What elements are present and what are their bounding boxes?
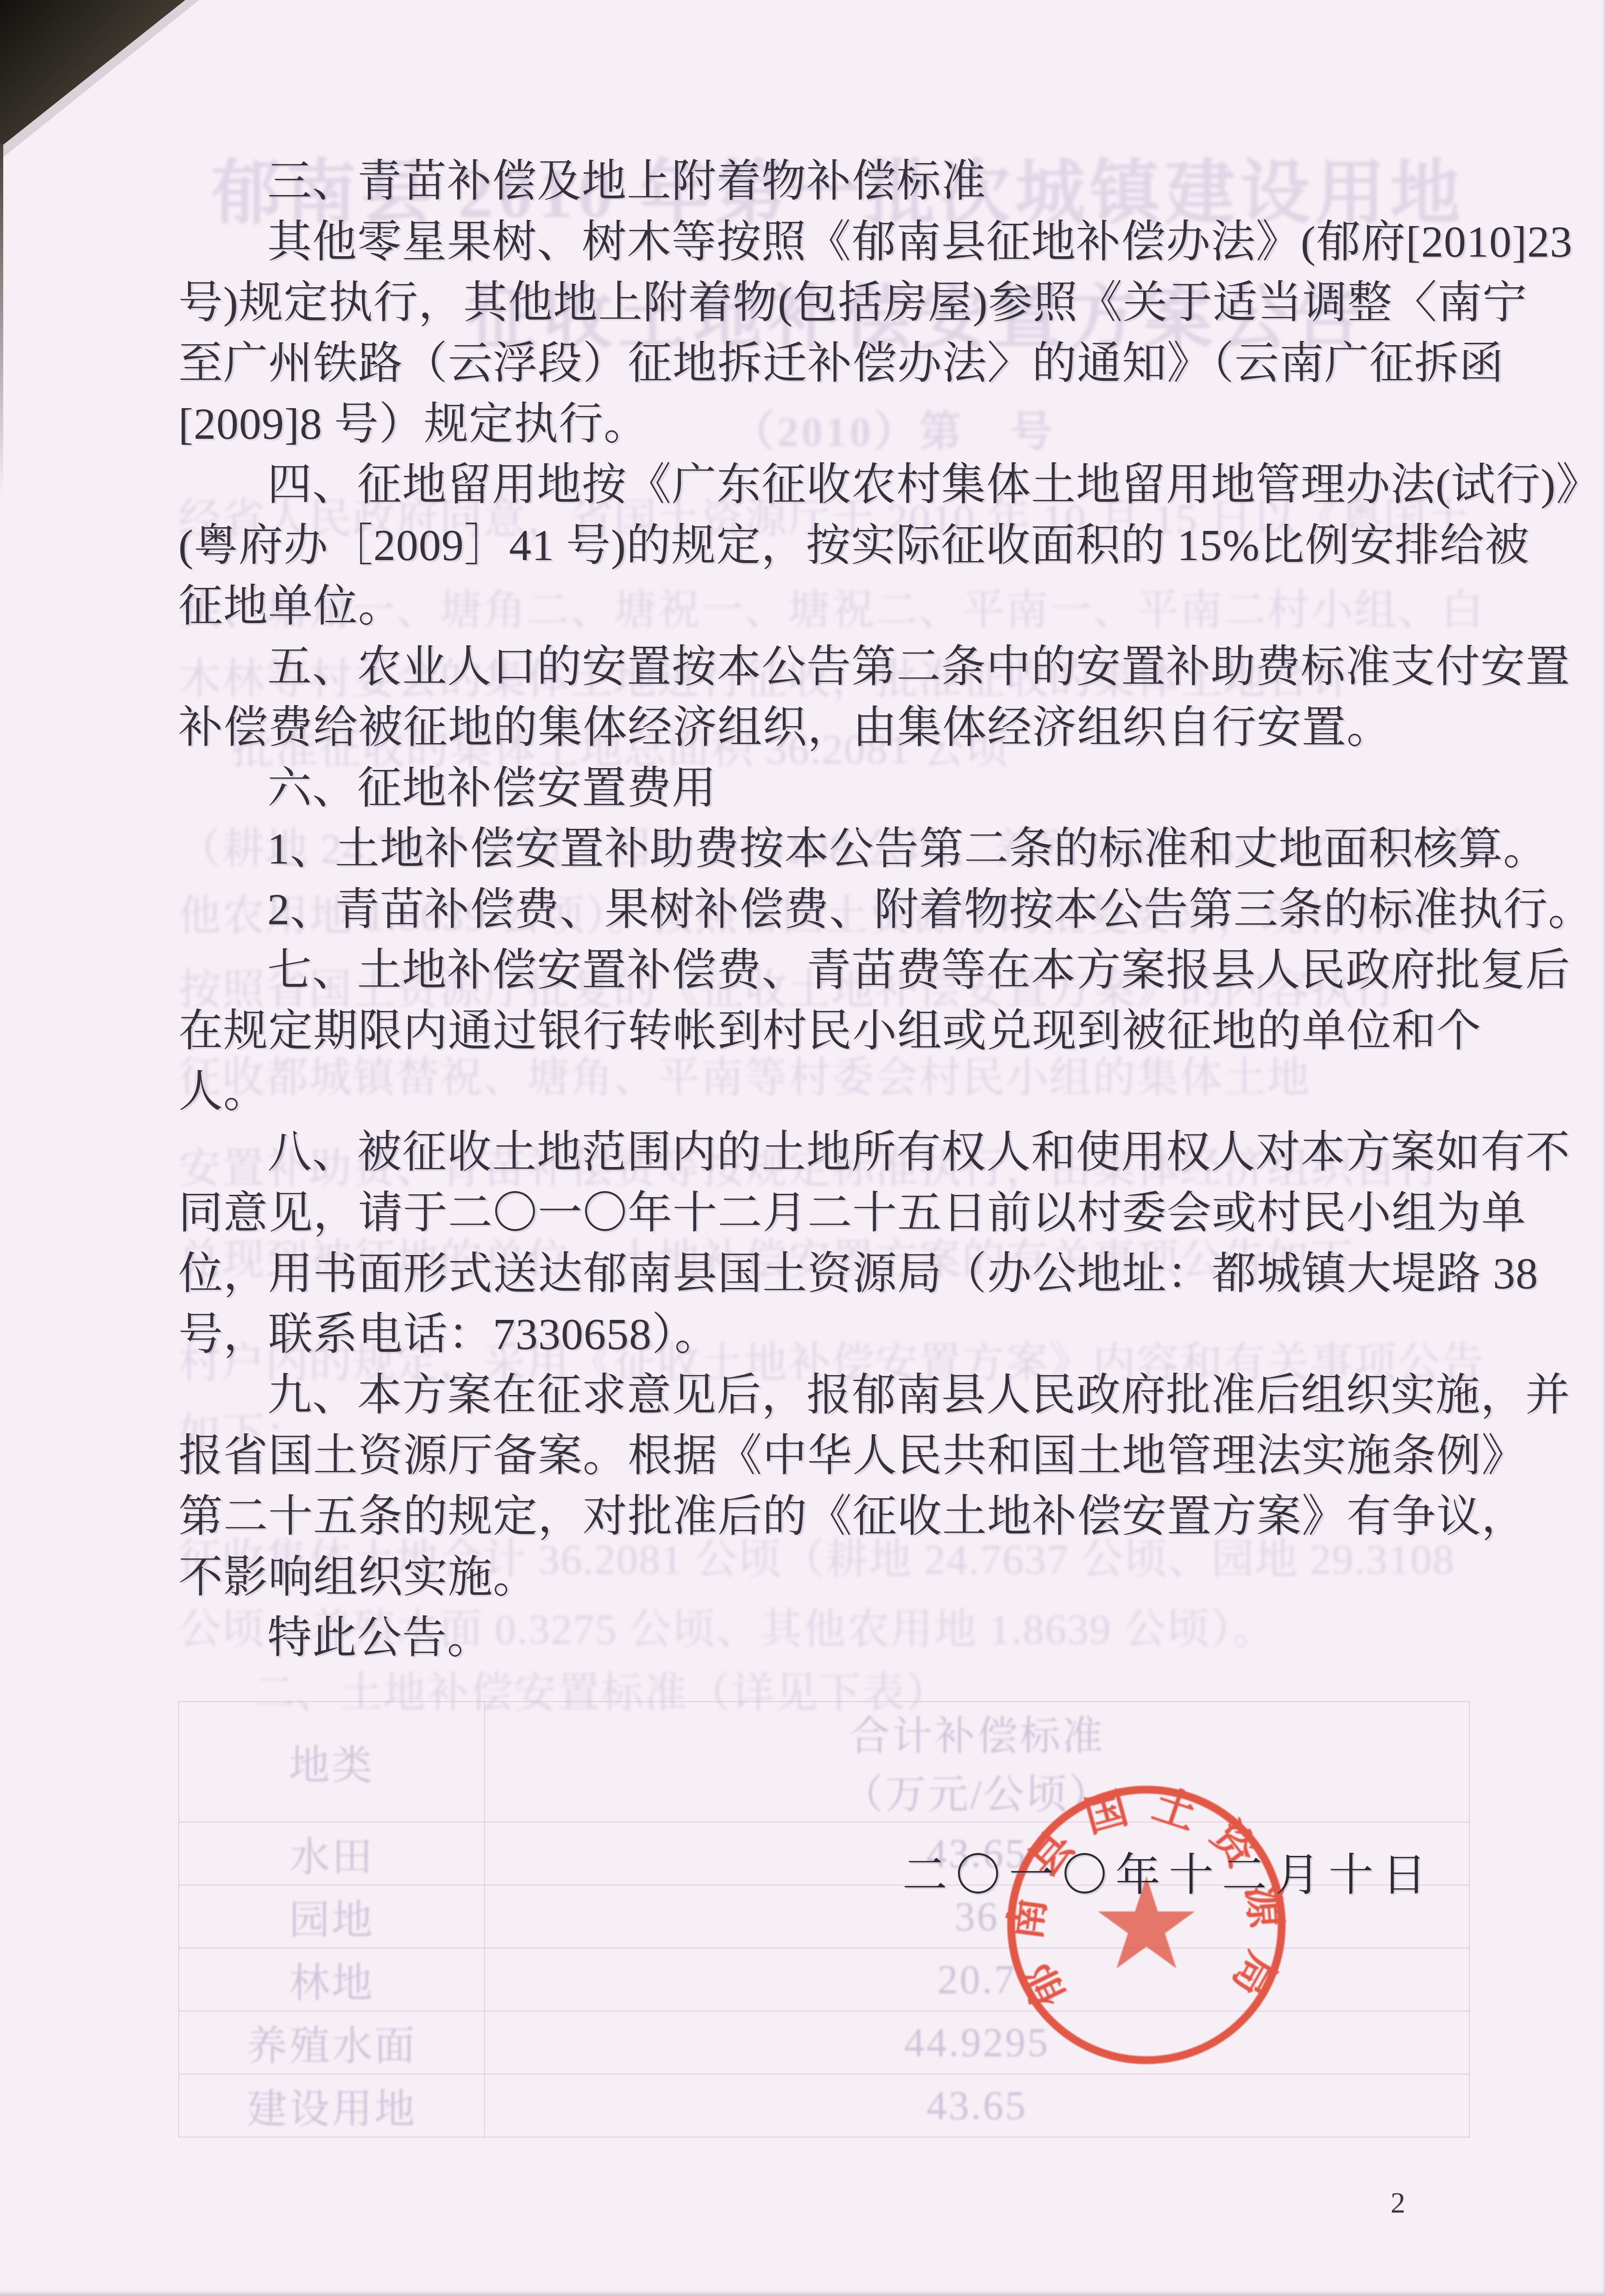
document-line: 同意见，请于二〇一〇年十二月二十五日前以村委会或村民小组为单 — [178, 1182, 1480, 1243]
document-line: [2009]8 号）规定执行。 — [178, 393, 1480, 454]
document-line: 至广州铁路（云浮段）征地拆迁补偿办法〉的通知》（云南广征拆函 — [178, 333, 1480, 393]
scanner-corner — [0, 0, 185, 147]
document-line: 2、青苗补偿费、果树补偿费、附着物按本公告第三条的标准执行。 — [178, 879, 1480, 940]
table-cell-landtype: 养殖水面 — [179, 2011, 485, 2074]
scanned-document-page: 郁南县 2010 年第一批次城镇建设用地征收土地补偿安置方案公告（2010）第 … — [0, 0, 1605, 2296]
document-line: 七、土地补偿安置补偿费、青苗费等在本方案报县人民政府批复后 — [178, 940, 1480, 1000]
document-line: 三、青苗补偿及地上附着物补偿标准 — [178, 151, 1480, 211]
document-line: 报省国土资源厅备案。根据《中华人民共和国土地管理法实施条例》 — [178, 1425, 1480, 1486]
document-line: 第二十五条的规定，对批准后的《征收土地补偿安置方案》有争议， — [178, 1486, 1480, 1546]
document-line: 其他零星果树、树木等按照《郁南县征地补偿办法》(郁府[2010]23 — [178, 211, 1480, 272]
document-line: 号，联系电话：7330658）。 — [178, 1304, 1480, 1364]
document-line: 六、征地补偿安置费用 — [178, 757, 1480, 818]
table-header-landtype: 地类 — [179, 1702, 485, 1822]
scan-right-edge — [1602, 0, 1605, 2296]
document-line: 人。 — [178, 1061, 1480, 1122]
document-line: 征地单位。 — [178, 575, 1480, 636]
table-cell-value: 43.65 — [485, 2074, 1469, 2137]
document-body: 三、青苗补偿及地上附着物补偿标准其他零星果树、树木等按照《郁南县征地补偿办法》(… — [178, 151, 1480, 1668]
date-line: 二〇一〇年十二月十日 — [902, 1838, 1435, 1903]
table-header-standard: 合计补偿标准 （万元/公顷） — [485, 1702, 1469, 1822]
document-line: 五、农业人口的安置按本公告第二条中的安置补助费标准支付安置 — [178, 636, 1480, 697]
table-cell-landtype: 园地 — [179, 1885, 485, 1948]
document-line: (粤府办［2009］41 号)的规定，按实际征收面积的 15%比例安排给被 — [178, 515, 1480, 575]
document-line: 九、本方案在征求意见后，报郁南县人民政府批准后组织实施，并 — [178, 1364, 1480, 1425]
table-cell-landtype: 林地 — [179, 1948, 485, 2011]
scan-left-edge — [0, 144, 3, 496]
document-line: 四、征地留用地按《广东征收农村集体土地留用地管理办法(试行)》 — [178, 454, 1480, 515]
document-line: 不影响组织实施。 — [178, 1546, 1480, 1607]
official-seal: 郁南县国土资源局 — [998, 1772, 1295, 2069]
table-row: 建设用地 43.65 — [179, 2074, 1469, 2137]
table-cell-value: 20.7 — [485, 1948, 1469, 2011]
document-line: 号)规定执行，其他地上附着物(包括房屋)参照《关于适当调整〈南宁 — [178, 272, 1480, 333]
table-cell-landtype: 水田 — [179, 1822, 485, 1885]
document-line: 位，用书面形式送达郁南县国土资源局（办公地址：都城镇大堤路 38 — [178, 1243, 1480, 1304]
document-line: 特此公告。 — [178, 1607, 1480, 1668]
document-line: 1、土地补偿安置补助费按本公告第二条的标准和丈地面积核算。 — [178, 818, 1480, 879]
document-line: 补偿费给被征地的集体经济组织，由集体经济组织自行安置。 — [178, 697, 1480, 757]
document-line: 八、被征收土地范围内的土地所有权人和使用权人对本方案如有不 — [178, 1122, 1480, 1182]
page-number: 2 — [1391, 2186, 1405, 2220]
scan-bottom-edge — [0, 2290, 1605, 2296]
document-line: 在规定期限内通过银行转帐到村民小组或兑现到被征地的单位和个 — [178, 1000, 1480, 1061]
table-cell-landtype: 建设用地 — [179, 2074, 485, 2137]
table-cell-value: 44.9295 — [485, 2011, 1469, 2074]
